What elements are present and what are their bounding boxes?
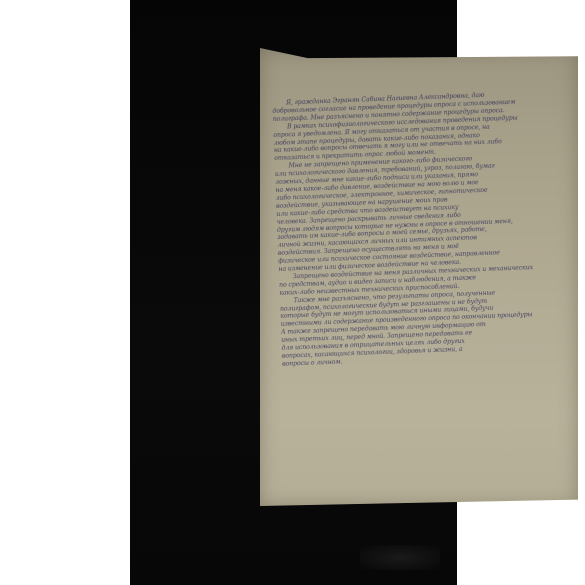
- handwritten-text: Я, гражданка Эгранян Сабина Нагиевна Але…: [272, 89, 574, 369]
- photo-background: Я, гражданка Эгранян Сабина Нагиевна Але…: [130, 0, 457, 585]
- floor-reflection: [360, 545, 440, 570]
- document-page: Я, гражданка Эгранян Сабина Нагиевна Але…: [260, 48, 578, 506]
